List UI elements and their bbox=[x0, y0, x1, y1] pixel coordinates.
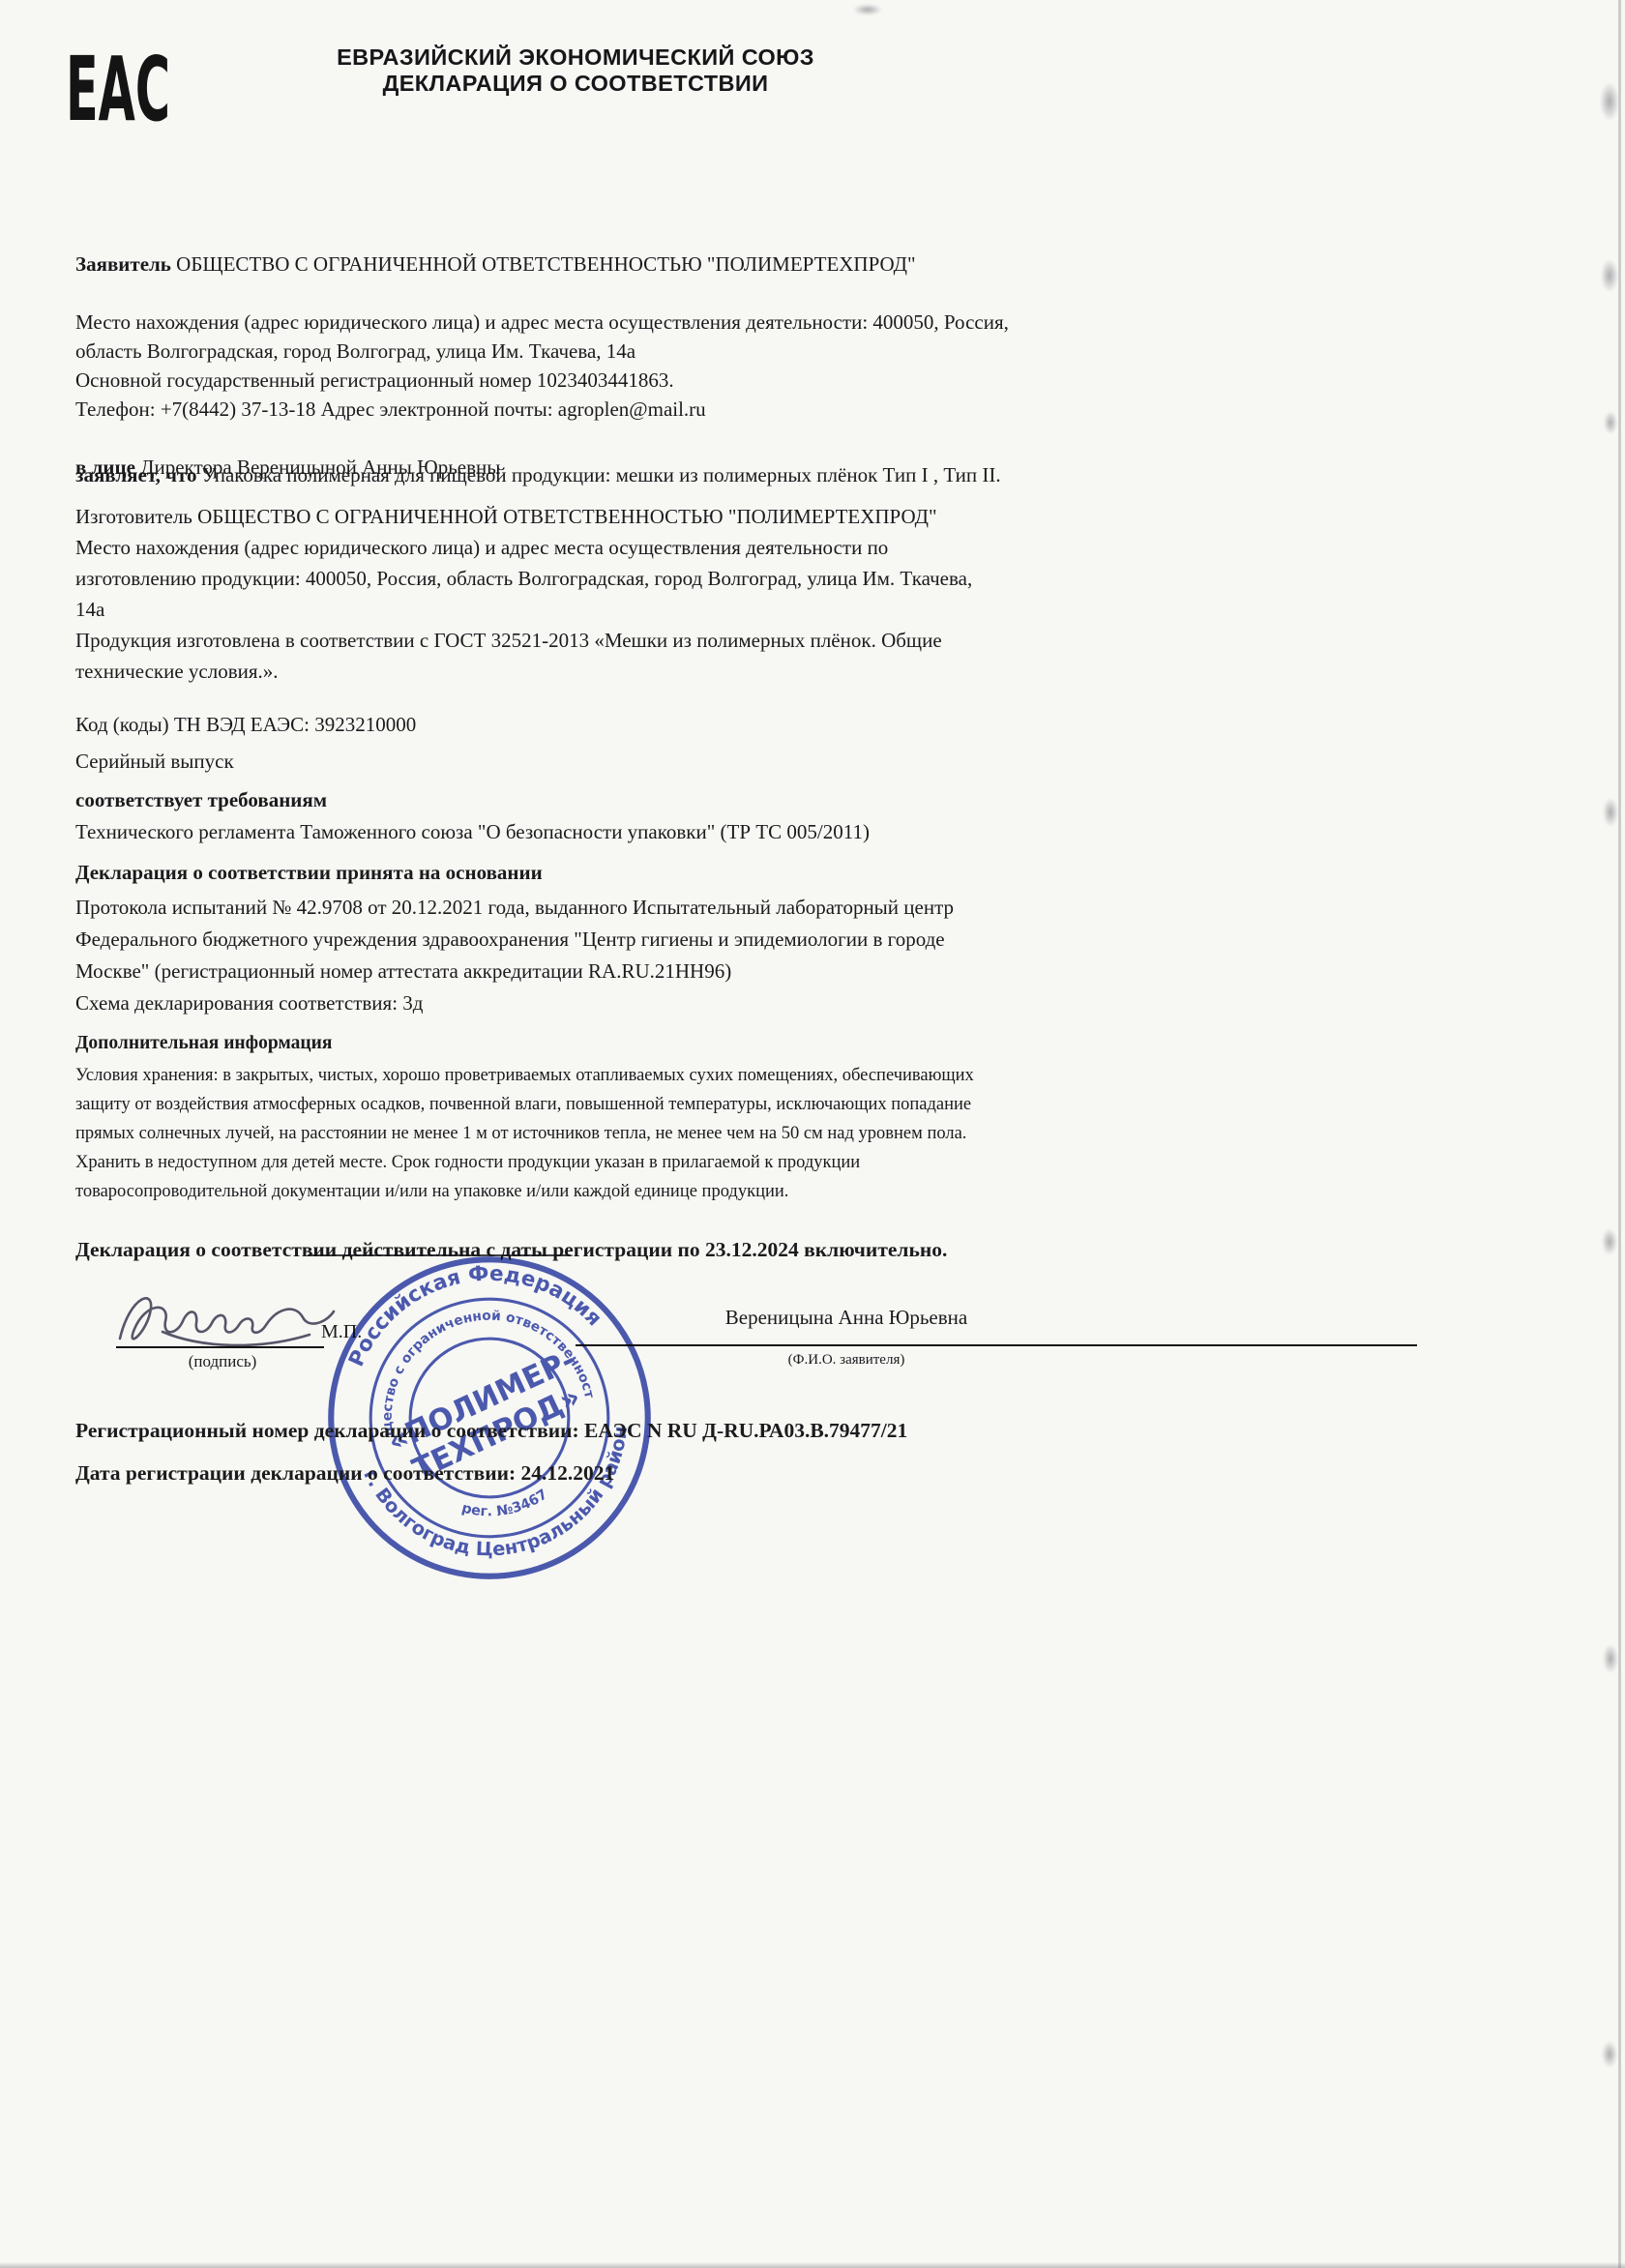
basis-label: Декларация о соответствии принята на осн… bbox=[75, 858, 1543, 887]
scan-edge-line bbox=[1618, 0, 1621, 2268]
complies-text: Технического регламента Таможенного союз… bbox=[75, 817, 1543, 846]
scan-smudge bbox=[1601, 259, 1618, 292]
additional-info-label: Дополнительная информация bbox=[75, 1029, 1543, 1058]
registration-number-line: Регистрационный номер декларации о соотв… bbox=[75, 1416, 1543, 1445]
applicant-details: Место нахождения (адрес юридического лиц… bbox=[75, 308, 1543, 424]
complies-label: соответствует требованиям bbox=[75, 785, 1543, 814]
eac-logo-text: ЕАС bbox=[66, 39, 170, 133]
declares-block: заявляет, что Упаковка полимерная для пи… bbox=[75, 431, 1543, 489]
eac-logo: ЕАС bbox=[66, 39, 172, 133]
validity-line: Декларация о соответствии действительна … bbox=[75, 1235, 1543, 1264]
applicant-fio: Вереницына Анна Юрьевна bbox=[576, 1306, 1117, 1330]
manufacturer-block: Изготовитель ОБЩЕСТВО С ОГРАНИЧЕННОЙ ОТВ… bbox=[75, 501, 1543, 687]
declares-text: Упаковка полимерная для пищевой продукци… bbox=[196, 463, 1000, 486]
scan-smudge bbox=[853, 4, 882, 15]
stamp-inner-bottom-text: рег. №3467 bbox=[458, 1486, 552, 1526]
document-title: ЕВРАЗИЙСКИЙ ЭКОНОМИЧЕСКИЙ СОЮЗ ДЕКЛАРАЦИ… bbox=[164, 44, 987, 97]
signature-rule bbox=[116, 1346, 324, 1348]
declares-label: заявляет, что bbox=[75, 463, 196, 486]
title-line-2: ДЕКЛАРАЦИЯ О СООТВЕТСТВИИ bbox=[164, 71, 987, 97]
declaration-document: ЕАС ЕВРАЗИЙСКИЙ ЭКОНОМИЧЕСКИЙ СОЮЗ ДЕКЛА… bbox=[0, 0, 1625, 2268]
signature-caption: (подпись) bbox=[145, 1352, 300, 1371]
applicant-label: Заявитель bbox=[75, 252, 171, 276]
scan-smudge bbox=[1603, 798, 1618, 827]
eac-logo-graphic: ЕАС bbox=[66, 39, 172, 133]
serial-line: Серийный выпуск bbox=[75, 747, 1543, 776]
tnved-code-line: Код (коды) ТН ВЭД ЕАЭС: 3923210000 bbox=[75, 710, 1543, 739]
basis-lines: Протокола испытаний № 42.9708 от 20.12.2… bbox=[75, 892, 1543, 1019]
registration-date-line: Дата регистрации декларации о соответств… bbox=[75, 1458, 1543, 1487]
scan-smudge bbox=[1604, 411, 1617, 434]
additional-info-text: Условия хранения: в закрытых, чистых, хо… bbox=[75, 1061, 1543, 1206]
fio-rule bbox=[576, 1344, 1417, 1346]
scan-smudge bbox=[1602, 1228, 1617, 1255]
scan-bottom-shadow bbox=[0, 2262, 1625, 2268]
scan-smudge bbox=[1600, 82, 1619, 121]
title-line-1: ЕВРАЗИЙСКИЙ ЭКОНОМИЧЕСКИЙ СОЮЗ bbox=[164, 44, 987, 71]
scan-smudge bbox=[1602, 2041, 1617, 2068]
scan-smudge bbox=[1603, 1644, 1618, 1673]
applicant-name: ОБЩЕСТВО С ОГРАНИЧЕННОЙ ОТВЕТСТВЕННОСТЬЮ… bbox=[171, 252, 916, 276]
fio-caption: (Ф.И.О. заявителя) bbox=[576, 1352, 1117, 1369]
applicant-line: Заявитель ОБЩЕСТВО С ОГРАНИЧЕННОЙ ОТВЕТС… bbox=[75, 250, 1543, 279]
